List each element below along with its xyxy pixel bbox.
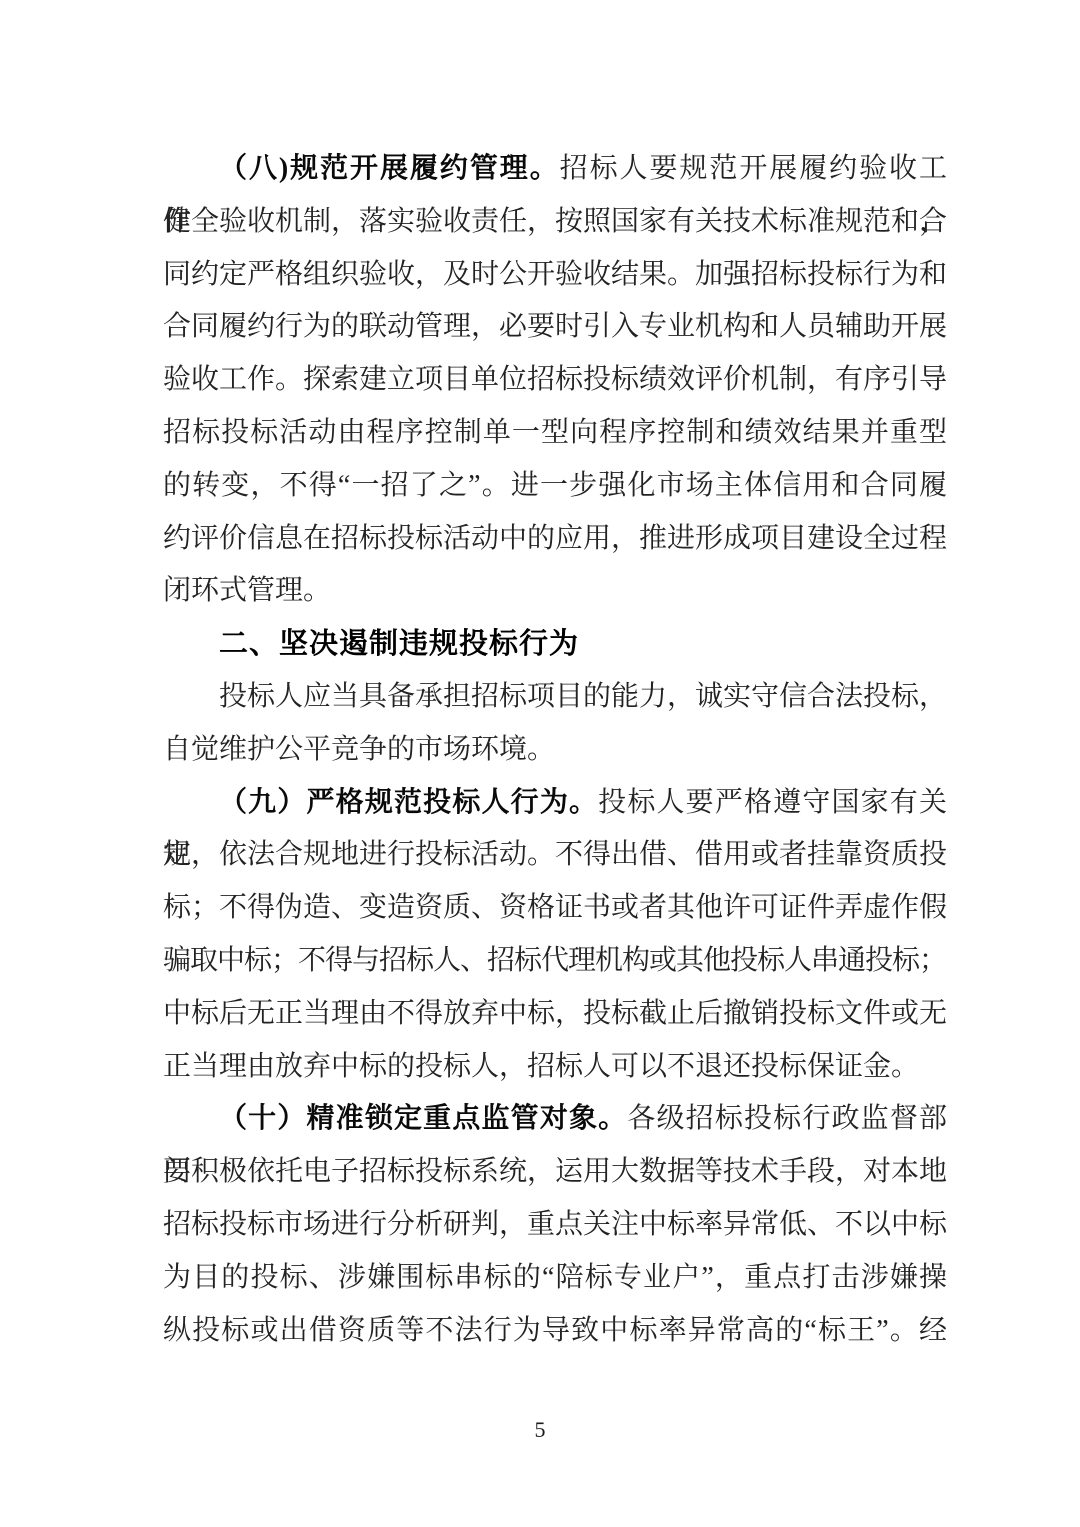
body-text-line: 合同履约行为的联动管理，必要时引入专业机构和人员辅助开展 xyxy=(163,301,947,354)
line-text: 验收工作。探索建立项目单位招标投标绩效评价机制，有序引导 xyxy=(163,364,947,395)
line-text: 的转变，不得“一招了之”。进一步强化市场主体信用和合同履 xyxy=(163,470,947,501)
body-text-line: 同约定严格组织验收，及时公开验收结果。加强招标投标行为和 xyxy=(163,249,947,302)
line-text: 标；不得伪造、变造资质、资格证书或者其他许可证件弄虚作假 xyxy=(163,892,947,923)
line-text: 投标人应当具备承担招标项目的能力，诚实守信合法投标， xyxy=(219,681,947,712)
body-text-line: 健全验收机制，落实验收责任，按照国家有关技术标准规范和合 xyxy=(163,196,947,249)
body-text-line: （九）严格规范投标人行为。投标人要严格遵守国家有关规 xyxy=(163,777,947,830)
body-text-line: 闭环式管理。 xyxy=(163,565,947,618)
line-text: 招标投标市场进行分析研判，重点关注中标率异常低、不以中标 xyxy=(163,1209,947,1240)
body-text-line: 验收工作。探索建立项目单位招标投标绩效评价机制，有序引导 xyxy=(163,354,947,407)
line-text: 同约定严格组织验收，及时公开验收结果。加强招标投标行为和 xyxy=(163,259,947,290)
body-text-line: 自觉维护公平竞争的市场环境。 xyxy=(163,724,947,777)
body-text-line: 定，依法合规地进行投标活动。不得出借、借用或者挂靠资质投 xyxy=(163,829,947,882)
body-text-line: 招标投标活动由程序控制单一型向程序控制和绩效结果并重型 xyxy=(163,407,947,460)
line-text: 中标后无正当理由不得放弃中标，投标截止后撤销投标文件或无 xyxy=(163,998,947,1029)
document-body: （八)规范开展履约管理。招标人要规范开展履约验收工作， 健全验收机制，落实验收责… xyxy=(163,143,947,1357)
clause-9-title: （九）严格规范投标人行为。 xyxy=(219,787,598,818)
page-number: 5 xyxy=(0,1408,1080,1452)
line-text: 定，依法合规地进行投标活动。不得出借、借用或者挂靠资质投 xyxy=(163,839,947,870)
line-text: 招标投标活动由程序控制单一型向程序控制和绩效结果并重型 xyxy=(163,417,947,448)
body-text-line: 为目的投标、涉嫌围标串标的“陪标专业户”，重点打击涉嫌操 xyxy=(163,1252,947,1305)
body-text-line: 纵投标或出借资质等不法行为导致中标率异常高的“标王”。经 xyxy=(163,1305,947,1358)
line-text: 自觉维护公平竞争的市场环境。 xyxy=(163,734,555,765)
body-text-line: 的转变，不得“一招了之”。进一步强化市场主体信用和合同履 xyxy=(163,460,947,513)
line-text: 闭环式管理。 xyxy=(163,575,331,606)
line-text: 健全验收机制，落实验收责任，按照国家有关技术标准规范和合 xyxy=(163,206,947,237)
body-text-line: 中标后无正当理由不得放弃中标，投标截止后撤销投标文件或无 xyxy=(163,988,947,1041)
body-text-line: （八)规范开展履约管理。招标人要规范开展履约验收工作， xyxy=(163,143,947,196)
section-heading: 二、坚决遏制违规投标行为 xyxy=(163,618,947,671)
line-text: 要积极依托电子招标投标系统，运用大数据等技术手段，对本地 xyxy=(163,1156,947,1187)
body-text-line: 约评价信息在招标投标活动中的应用，推进形成项目建设全过程 xyxy=(163,513,947,566)
line-text: 正当理由放弃中标的投标人，招标人可以不退还投标保证金。 xyxy=(163,1051,919,1082)
clause-10-title: （十）精准锁定重点监管对象。 xyxy=(219,1103,627,1134)
body-text-line: 要积极依托电子招标投标系统，运用大数据等技术手段，对本地 xyxy=(163,1146,947,1199)
clause-8-title: （八)规范开展履约管理。 xyxy=(219,153,560,184)
line-text: 纵投标或出借资质等不法行为导致中标率异常高的“标王”。经 xyxy=(163,1315,947,1346)
body-text-line: 骗取中标；不得与招标人、招标代理机构或其他投标人串通投标； xyxy=(163,935,947,988)
body-text-line: 正当理由放弃中标的投标人，招标人可以不退还投标保证金。 xyxy=(163,1041,947,1094)
body-text-line: （十）精准锁定重点监管对象。各级招标投标行政监督部门 xyxy=(163,1093,947,1146)
body-text-line: 招标投标市场进行分析研判，重点关注中标率异常低、不以中标 xyxy=(163,1199,947,1252)
line-text: 合同履约行为的联动管理，必要时引入专业机构和人员辅助开展 xyxy=(163,311,947,342)
body-text-line: 标；不得伪造、变造资质、资格证书或者其他许可证件弄虚作假 xyxy=(163,882,947,935)
line-text: 约评价信息在招标投标活动中的应用，推进形成项目建设全过程 xyxy=(163,523,947,554)
document-page: （八)规范开展履约管理。招标人要规范开展履约验收工作， 健全验收机制，落实验收责… xyxy=(0,0,1080,1527)
body-text-line: 投标人应当具备承担招标项目的能力，诚实守信合法投标， xyxy=(163,671,947,724)
line-text: 为目的投标、涉嫌围标串标的“陪标专业户”，重点打击涉嫌操 xyxy=(163,1262,947,1293)
line-text: 骗取中标；不得与招标人、招标代理机构或其他投标人串通投标； xyxy=(163,945,946,976)
